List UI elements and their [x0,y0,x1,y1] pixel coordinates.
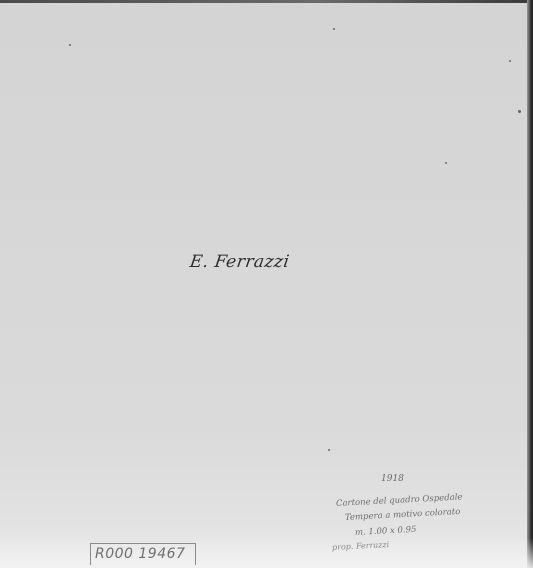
dust-speck [333,28,335,30]
dust-speck [509,60,511,62]
annotation-line: Tempera a motivo colorato [345,507,461,523]
top-edge-shadow [0,0,533,3]
photo-back-document: E. Ferrazzi 1918 Cartone del quadro Ospe… [0,0,533,568]
annotation-line: m. 1.00 x 0.95 [355,525,417,538]
annotation-line: Cartone del quadro Ospedale [336,492,463,509]
dust-speck [518,110,521,113]
dust-speck [328,449,330,451]
archive-number: R000 19467 [95,546,185,562]
bottom-light-fade [0,538,533,568]
annotation-year: 1918 [381,474,404,484]
right-edge-shadow [527,0,533,568]
artist-signature: E. Ferrazzi [189,252,291,272]
dust-speck [445,162,447,164]
dust-speck [69,44,71,46]
